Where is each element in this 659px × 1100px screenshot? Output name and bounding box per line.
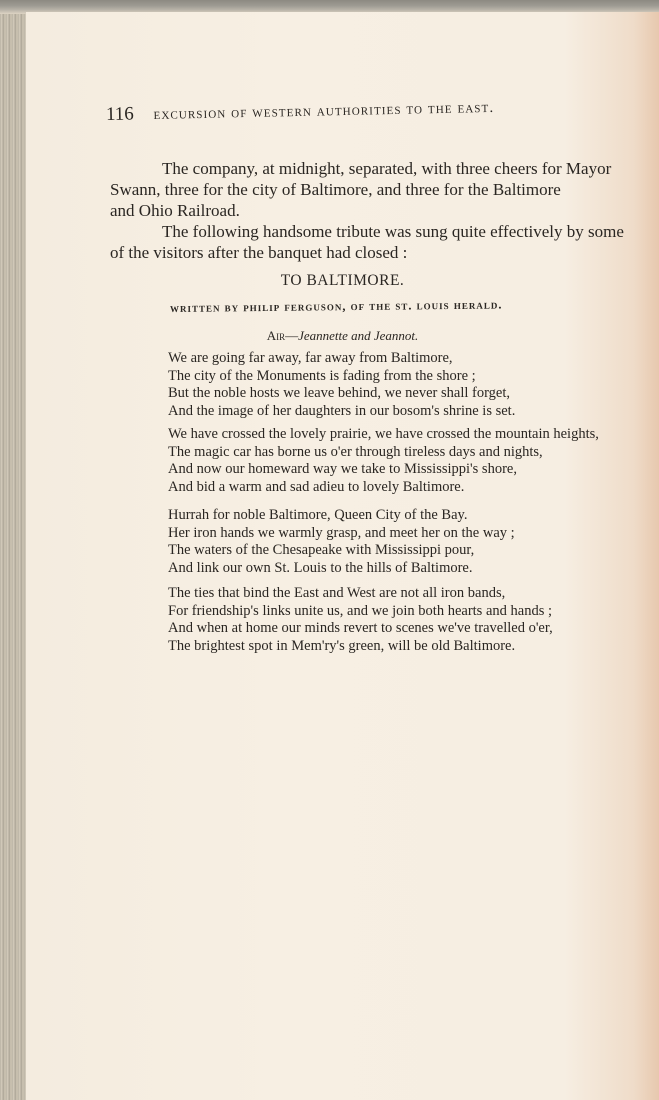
paragraph-line: and Ohio Railroad. (110, 200, 656, 221)
text: Swann, three for the city of Baltimore, … (110, 180, 561, 199)
paragraph-line: The company, at midnight, separated, wit… (136, 158, 656, 179)
running-title: EXCURSION OF WESTERN AUTHORITIES TO THE … (153, 100, 494, 123)
stanza-line: And now our homeward way we take to Miss… (168, 461, 599, 479)
stanza-line: And the image of her daughters in our bo… (168, 403, 515, 421)
text: The company, at midnight, separated, wit… (162, 159, 611, 178)
paragraph-line: Swann, three for the city of Baltimore, … (110, 179, 656, 200)
page-number: 116 (106, 103, 134, 125)
stanza-line: And bid a warm and sad adieu to lovely B… (168, 479, 599, 497)
stanza-line: For friendship's links unite us, and we … (168, 603, 553, 621)
stanza-line: We are going far away, far away from Bal… (168, 350, 515, 368)
song-byline: WRITTEN BY PHILIP FERGUSON, OF THE ST. L… (170, 298, 503, 316)
text: of the visitors after the banquet had cl… (110, 243, 407, 262)
stanza-2: We have crossed the lovely prairie, we h… (168, 426, 599, 496)
paragraph-1: The company, at midnight, separated, wit… (136, 158, 656, 221)
book-page: 116 EXCURSION OF WESTERN AUTHORITIES TO … (26, 12, 659, 1100)
stanza-3: Hurrah for noble Baltimore, Queen City o… (168, 507, 515, 577)
song-air: Air—Jeannette and Jeannot. (26, 328, 659, 344)
stanza-4: The ties that bind the East and West are… (168, 585, 553, 655)
book-page-edges (0, 0, 26, 1100)
paragraph-line: The following handsome tribute was sung … (136, 221, 656, 242)
text: and Ohio Railroad. (110, 201, 240, 220)
stanza-line: And when at home our minds revert to sce… (168, 620, 553, 638)
stanza-line: And link our own St. Louis to the hills … (168, 560, 515, 578)
paragraph-line: of the visitors after the banquet had cl… (110, 242, 656, 263)
stanza-line: We have crossed the lovely prairie, we h… (168, 426, 599, 444)
stanza-line: The magic car has borne us o'er through … (168, 444, 599, 462)
page-content: 116 EXCURSION OF WESTERN AUTHORITIES TO … (26, 12, 659, 1100)
stanza-line: The ties that bind the East and West are… (168, 585, 553, 603)
stanza-line: Hurrah for noble Baltimore, Queen City o… (168, 507, 515, 525)
paragraph-2: The following handsome tribute was sung … (136, 221, 656, 263)
song-title: TO BALTIMORE. (26, 272, 659, 290)
stanza-1: We are going far away, far away from Bal… (168, 350, 515, 420)
stanza-line: Her iron hands we warmly grasp, and meet… (168, 525, 515, 543)
stanza-line: But the noble hosts we leave behind, we … (168, 385, 515, 403)
stanza-line: The city of the Monuments is fading from… (168, 368, 515, 386)
text: The following handsome tribute was sung … (162, 222, 624, 241)
air-tune: Jeannette and Jeannot. (298, 328, 418, 343)
stanza-line: The waters of the Chesapeake with Missis… (168, 542, 515, 560)
running-head: 116 EXCURSION OF WESTERN AUTHORITIES TO … (106, 93, 626, 126)
air-label: Air— (267, 328, 298, 343)
stanza-line: The brightest spot in Mem'ry's green, wi… (168, 638, 553, 656)
